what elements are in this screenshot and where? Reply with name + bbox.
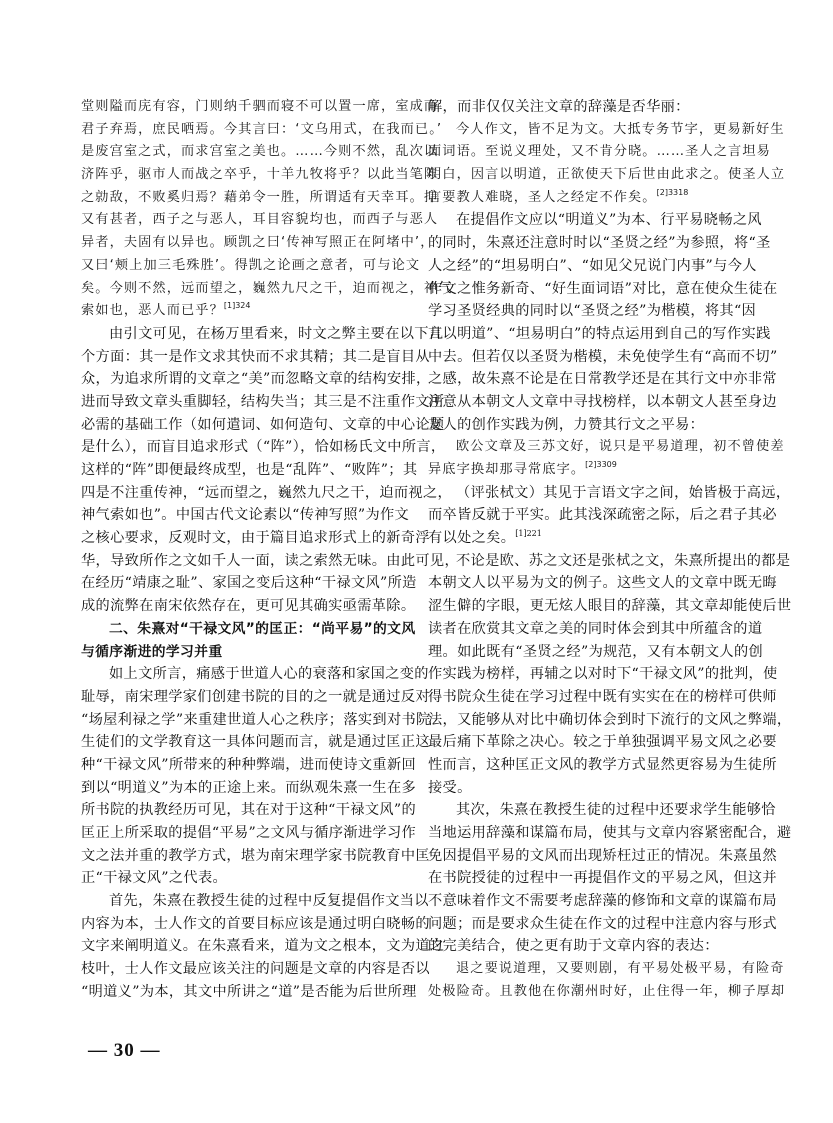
quotation-line: 矣。今则不然，远而望之，巍然九尺之干，迫而视之，神气 [81, 278, 411, 301]
line-text: “场屋利禄之学”来重建世道人心之秩序；落实到对书院 [81, 712, 431, 728]
text-line: 是什么），而盲目追求形式（“阵”），恰如杨氏文中所言， [81, 436, 411, 459]
line-text: 当地运用辞藻和谋篇布局，使其与文章内容紧密配合，避 [428, 825, 791, 841]
line-text: 神气索如也”。中国古代文论素以“传神写照”为作文 [81, 507, 409, 523]
line-text: 涩生僻的字眼，更无炫人眼目的辞藻，其文章却能使后世 [428, 598, 791, 614]
text-line: 性而言，这种匡正文风的教学方式显然更容易为生徒所 [428, 754, 758, 777]
text-line: 在经历“靖康之耻”、家国之变后这种“干禄文风”所造 [81, 572, 411, 595]
line-text: 作文之惟务新奇、“好生面词语”对比，意在使众生徒在 [428, 281, 778, 297]
quotation-line: 欧公文章及三苏文好，说只是平易道理，初不曾使差 [428, 436, 758, 459]
quotation-line: 济阵乎，驱市人而战之卒乎，十羊九牧将乎？以此当笔陈 [81, 164, 411, 187]
line-text: 欧公文章及三苏文好，说只是平易道理，初不曾使差 [456, 439, 785, 454]
line-text: 必需的基础工作（如何遣词、如何造句、文章的中心论题 [81, 417, 444, 433]
citation-marker: [1]324 [224, 301, 251, 310]
line-text: 问题；而是要求众生徒在作文的过程中注意内容与形式 [428, 916, 777, 932]
line-text: 而卒皆反就于平实。此其浅深疏密之际，后之君子其必 [428, 507, 777, 523]
line-text: 言要教人难晓，圣人之经定不作矣。 [428, 190, 657, 205]
line-text: 中去。但若仅以圣贤为楷模，未免使学生有“高而不切” [428, 349, 778, 365]
citation-marker: [2]3309 [585, 460, 617, 469]
citation-marker: [2]3318 [657, 188, 689, 197]
line-text: 矣。今则不然，远而望之，巍然九尺之干，迫而视之，神气 [81, 281, 452, 296]
text-line: 这样的“阵”即便最终成型，也是“乱阵”、“败阵”；其 [81, 459, 411, 482]
line-text: 匡正上所采取的提倡“平易”之文风与循序渐进学习作 [81, 825, 416, 841]
line-text: 解，而非仅仅关注文章的辞藻是否华丽： [428, 99, 690, 115]
text-line: 必需的基础工作（如何遣词、如何造句、文章的中心论题 [81, 414, 411, 437]
line-text: 明白，因言以明道，正欲使天下后世由此求之。使圣人立 [428, 167, 785, 182]
line-text: 其次，朱熹在教授生徒的过程中还要求学生能够恰 [456, 802, 776, 818]
line-text: 华，导致所作之文如千人一面，读之索然无味。由此可见， [81, 553, 459, 569]
text-line: 耻辱，南宋理学家们创建书院的目的之一就是通过反对 [81, 686, 411, 709]
line-text: 生徒们的文学教育这一具体问题而言，就是通过匡正这 [81, 734, 430, 750]
text-line: 文之法并重的教学方式，堪为南宋理学家书院教育中匡 [81, 845, 411, 868]
quotation-line: 索如也，恶人而已乎？[1]324 [81, 300, 411, 323]
text-line: 在提倡作文应以“明道义”为本、行平易晓畅之风 [428, 209, 758, 232]
line-text: 得书院众生徒在学习过程中既有实实在在的榜样可供师 [428, 689, 777, 705]
quotation-line: 君子弃焉，庶民哂焉。今其言曰：‘文乌用式，在我而已。’ [81, 119, 411, 142]
section-heading-line: 二、朱熹对“干禄文风”的匡正：“尚平易”的文风 [81, 618, 411, 641]
text-line: 首先，朱熹在教授生徒的过程中反复提倡作文当以 [81, 890, 411, 913]
line-text: 免因提倡平易的文风而出现矫枉过正的情况。朱熹虽然 [428, 848, 777, 864]
text-line: 有以处之矣。[1]221 [428, 527, 758, 550]
line-text: 学习圣贤经典的同时以“圣贤之经”为楷模，将其“因 [428, 303, 756, 319]
line-text: 异者，夫固有以异也。顾凯之曰‘传神写照正在阿堵中’， [81, 235, 434, 250]
text-line: 不论是欧、苏之文还是张栻之文，朱熹所提出的都是 [428, 550, 758, 573]
line-text: 种“干禄文风”所带来的种种弊端，进而使诗文重新回 [81, 757, 416, 773]
quotation-line: 堂则隘而庑有容，门则纳千驷而寝不可以置一席，室成而 [81, 96, 411, 119]
text-line: 到以“明道义”为本的正途上来。而纵观朱熹一生在多 [81, 777, 411, 800]
quotation-line: 又有甚者，西子之与恶人，耳目容貌均也，而西子与恶人 [81, 209, 411, 232]
text-line: 得书院众生徒在学习过程中既有实实在在的榜样可供师 [428, 686, 758, 709]
line-text: 之勍敌，不败奚归焉？藉弟令一胜，所谓适有天幸耳。抑 [81, 190, 438, 205]
line-text: 的完美结合，使之更有助于文章内容的表达： [428, 938, 719, 954]
text-line: 友人的创作实践为例，力赞其行文之平易： [428, 414, 758, 437]
line-text: 退之要说道理，又要则剧，有平易处极平易，有险奇 [456, 961, 785, 976]
text-line: 成的流弊在南宋依然存在，更可见其确实亟需革除。 [81, 595, 411, 618]
line-text: 内容为本，士人作文的首要目标应该是通过明白晓畅的 [81, 916, 430, 932]
text-line: 法，又能够从对比中确切体会到时下流行的文风之弊端， [428, 709, 758, 732]
line-text: 注意从本朝文人文章中寻找榜样，以本朝文人甚至身边 [428, 394, 777, 410]
quotation-line: 异者，夫固有以异也。顾凯之曰‘传神写照正在阿堵中’， [81, 232, 411, 255]
line-text: 这样的“阵”即便最终成型，也是“乱阵”、“败阵”；其 [81, 462, 417, 478]
line-text: 在提倡作文应以“明道义”为本、行平易晓畅之风 [456, 212, 762, 228]
text-line: 注意从本朝文人文章中寻找榜样，以本朝文人甚至身边 [428, 391, 758, 414]
line-text: 异底字换却那寻常底字。 [428, 462, 585, 477]
line-text: 在书院授徒的过程中一再提倡作文的平易之风，但这并 [428, 870, 777, 886]
text-line: 而卒皆反就于平实。此其浅深疏密之际，后之君子其必 [428, 504, 758, 527]
text-line: 问题；而是要求众生徒在作文的过程中注意内容与形式 [428, 913, 758, 936]
text-line: 免因提倡平易的文风而出现矫枉过正的情况。朱熹虽然 [428, 845, 758, 868]
quotation-line: 异底字换却那寻常底字。[2]3309 [428, 459, 758, 482]
text-line: 作文之惟务新奇、“好生面词语”对比，意在使众生徒在 [428, 278, 758, 301]
text-line: 之感，故朱熹不论是在日常教学还是在其行文中亦非常 [428, 368, 758, 391]
text-line: 所书院的执教经历可见，其在对于这种“干禄文风”的 [81, 799, 411, 822]
line-text: 所书院的执教经历可见，其在对于这种“干禄文风”的 [81, 802, 416, 818]
line-text: 索如也，恶人而已乎？ [81, 303, 224, 318]
line-text: 言以明道”、“坦易明白”的特点运用到自己的写作实践 [428, 326, 771, 342]
text-line: 的同时，朱熹还注意时时以“圣贤之经”为参照，将“圣 [428, 232, 758, 255]
text-line: 接受。 [428, 777, 758, 800]
page-number: — 30 — [88, 1040, 161, 1062]
text-line: 读者在欣赏其文章之美的同时体会到其中所蕴含的道 [428, 618, 758, 641]
line-text: 四是不注重传神，“远而望之，巍然九尺之干，迫而视之， [81, 485, 452, 501]
text-line: 其次，朱熹在教授生徒的过程中还要求学生能够恰 [428, 799, 758, 822]
line-text: 如上文所言，痛感于世道人心的衰落和家国之变的 [109, 666, 429, 682]
line-text: 今人作文，皆不足为文。大抵专务节字，更易新好生 [456, 122, 785, 137]
line-text: 是废宫室之式，而求宫室之美也。……今则不然，乱次以 [81, 144, 438, 159]
text-line: 涩生僻的字眼，更无炫人眼目的辞藻，其文章却能使后世 [428, 595, 758, 618]
text-line: 个方面：其一是作文求其快而不求其精；其二是盲目从 [81, 346, 411, 369]
text-line: 种“干禄文风”所带来的种种弊端，进而使诗文重新回 [81, 754, 411, 777]
text-line: 学习圣贤经典的同时以“圣贤之经”为楷模，将其“因 [428, 300, 758, 323]
quotation-line: 面词语。至说义理处，又不肯分晓。……圣人之言坦易 [428, 141, 758, 164]
line-text: 是什么），而盲目追求形式（“阵”），恰如杨氏文中所言， [81, 439, 445, 455]
line-text: 不意味着作文不需要考虑辞藻的修饰和文章的谋篇布局 [428, 893, 777, 909]
line-text: 进而导致文章头重脚轻，结构失当；其三是不注重作文所 [81, 394, 444, 410]
line-text: （评张栻文）其见于言语文字之间，始皆极于高远， [456, 485, 790, 501]
line-text: 文之法并重的教学方式，堪为南宋理学家书院教育中匡 [81, 848, 430, 864]
right-column: 解，而非仅仅关注文章的辞藻是否华丽：今人作文，皆不足为文。大抵专务节字，更易新好… [428, 96, 758, 1004]
text-line: 在书院授徒的过程中一再提倡作文的平易之风，但这并 [428, 867, 758, 890]
line-text: 首先，朱熹在教授生徒的过程中反复提倡作文当以 [109, 893, 429, 909]
text-line: 文字来阐明道义。在朱熹看来，道为文之根本，文为道之 [81, 935, 411, 958]
line-text: 本朝文人以平易为文的例子。这些文人的文章中既无晦 [428, 575, 777, 591]
quotation-line: 退之要说道理，又要则剧，有平易处极平易，有险奇 [428, 958, 758, 981]
text-line: 当地运用辞藻和谋篇布局，使其与文章内容紧密配合，避 [428, 822, 758, 845]
line-text: 性而言，这种匡正文风的教学方式显然更容易为生徒所 [428, 757, 777, 773]
text-line: 中去。但若仅以圣贤为楷模，未免使学生有“高而不切” [428, 346, 758, 369]
line-text: 的同时，朱熹还注意时时以“圣贤之经”为参照，将“圣 [428, 235, 771, 251]
line-text: 耻辱，南宋理学家们创建书院的目的之一就是通过反对 [81, 689, 430, 705]
text-line: 本朝文人以平易为文的例子。这些文人的文章中既无晦 [428, 572, 758, 595]
quotation-line: 处极险奇。且教他在你潮州时好，止住得一年，柳子厚却 [428, 981, 758, 1004]
quotation-line: 今人作文，皆不足为文。大抵专务节字，更易新好生 [428, 119, 758, 142]
text-line: 解，而非仅仅关注文章的辞藻是否华丽： [428, 96, 758, 119]
quotation-line: 明白，因言以明道，正欲使天下后世由此求之。使圣人立 [428, 164, 758, 187]
text-line: 匡正上所采取的提倡“平易”之文风与循序渐进学习作 [81, 822, 411, 845]
line-text: 二、朱熹对“干禄文风”的匡正：“尚平易”的文风 [109, 621, 415, 637]
quotation-line: 是废宫室之式，而求宫室之美也。……今则不然，乱次以 [81, 141, 411, 164]
line-text: 作实践为榜样，再辅之以对时下“干禄文风”的批判，使 [428, 666, 778, 682]
line-text: 接受。 [428, 780, 472, 796]
text-line: 言以明道”、“坦易明白”的特点运用到自己的写作实践 [428, 323, 758, 346]
line-text: “明道义”为本，其文中所讲之“道”是否能为后世所理 [81, 984, 417, 1000]
text-line: 生徒们的文学教育这一具体问题而言，就是通过匡正这 [81, 731, 411, 754]
section-heading-line: 与循序渐进的学习并重 [81, 641, 411, 664]
line-text: 众，为追求所谓的文章之“美”而忽略文章的结构安排， [81, 371, 431, 387]
line-text: 处极险奇。且教他在你潮州时好，止住得一年，柳子厚却 [428, 984, 785, 999]
line-text: 成的流弊在南宋依然存在，更可见其确实亟需革除。 [81, 598, 415, 614]
text-line: 枝叶，士人作文最应该关注的问题是文章的内容是否以 [81, 958, 411, 981]
line-text: 人之经”的“坦易明白”、“如见父兄说门内事”与今人 [428, 258, 757, 274]
line-text: 个方面：其一是作文求其快而不求其精；其二是盲目从 [81, 349, 430, 365]
line-text: 最后痛下革除之决心。较之于单独强调平易文风之必要 [428, 734, 777, 750]
line-text: 理。如此既有“圣贤之经”为规范，又有本朝文人的创 [428, 644, 763, 660]
text-line: 如上文所言，痛感于世道人心的衰落和家国之变的 [81, 663, 411, 686]
text-line: （评张栻文）其见于言语文字之间，始皆极于高远， [428, 482, 758, 505]
quotation-line: 又曰‘颊上加三毛殊胜’。得凯之论画之意者，可与论文 [81, 255, 411, 278]
line-text: 友人的创作实践为例，力赞其行文之平易： [428, 417, 704, 433]
text-line: 内容为本，士人作文的首要目标应该是通过明白晓畅的 [81, 913, 411, 936]
citation-marker: [1]221 [515, 529, 542, 538]
line-text: 君子弃焉，庶民哂焉。今其言曰：‘文乌用式，在我而已。’ [81, 122, 442, 137]
text-line: 的完美结合，使之更有助于文章内容的表达： [428, 935, 758, 958]
line-text: 读者在欣赏其文章之美的同时体会到其中所蕴含的道 [428, 621, 762, 637]
text-line: 正“干禄文风”之代表。 [81, 867, 411, 890]
quotation-line: 之勍敌，不败奚归焉？藉弟令一胜，所谓适有天幸耳。抑 [81, 187, 411, 210]
line-text: 枝叶，士人作文最应该关注的问题是文章的内容是否以 [81, 961, 430, 977]
line-text: 之感，故朱熹不论是在日常教学还是在其行文中亦非常 [428, 371, 777, 387]
line-text: 在经历“靖康之耻”、家国之变后这种“干禄文风”所造 [81, 575, 417, 591]
line-text: 文字来阐明道义。在朱熹看来，道为文之根本，文为道之 [81, 938, 444, 954]
text-line: 众，为追求所谓的文章之“美”而忽略文章的结构安排， [81, 368, 411, 391]
line-text: 不论是欧、苏之文还是张栻之文，朱熹所提出的都是 [456, 553, 790, 569]
text-line: 进而导致文章头重脚轻，结构失当；其三是不注重作文所 [81, 391, 411, 414]
line-text: 到以“明道义”为本的正途上来。而纵观朱熹一生在多 [81, 780, 416, 796]
text-line: 华，导致所作之文如千人一面，读之索然无味。由此可见， [81, 550, 411, 573]
text-line: “明道义”为本，其文中所讲之“道”是否能为后世所理 [81, 981, 411, 1004]
line-text: 正“干禄文风”之代表。 [81, 870, 227, 886]
text-line: 神气索如也”。中国古代文论素以“传神写照”为作文 [81, 504, 411, 527]
quotation-line: 言要教人难晓，圣人之经定不作矣。[2]3318 [428, 187, 758, 210]
line-text: 有以处之矣。 [428, 530, 515, 546]
text-line: 理。如此既有“圣贤之经”为规范，又有本朝文人的创 [428, 641, 758, 664]
line-text: 法，又能够从对比中确切体会到时下流行的文风之弊端， [428, 712, 791, 728]
text-line: 不意味着作文不需要考虑辞藻的修饰和文章的谋篇布局 [428, 890, 758, 913]
line-text: 与循序渐进的学习并重 [81, 644, 222, 660]
text-line: “场屋利禄之学”来重建世道人心之秩序；落实到对书院 [81, 709, 411, 732]
line-text: 又曰‘颊上加三毛殊胜’。得凯之论画之意者，可与论文 [81, 258, 420, 273]
line-text: 又有甚者，西子之与恶人，耳目容貌均也，而西子与恶人 [81, 212, 438, 227]
line-text: 济阵乎，驱市人而战之卒乎，十羊九牧将乎？以此当笔陈 [81, 167, 438, 182]
line-text: 由引文可见，在杨万里看来，时文之弊主要在以下几 [109, 326, 443, 342]
left-column: 堂则隘而庑有容，门则纳千驷而寝不可以置一席，室成而君子弃焉，庶民哂焉。今其言曰：… [81, 96, 411, 1004]
line-text: 面词语。至说义理处，又不肯分晓。……圣人之言坦易 [428, 144, 771, 159]
text-line: 作实践为榜样，再辅之以对时下“干禄文风”的批判，使 [428, 663, 758, 686]
line-text: 之核心要求，反观时文，由于篇目追求形式上的新奇浮 [81, 530, 430, 546]
text-line: 人之经”的“坦易明白”、“如见父兄说门内事”与今人 [428, 255, 758, 278]
text-line: 最后痛下革除之决心。较之于单独强调平易文风之必要 [428, 731, 758, 754]
text-line: 之核心要求，反观时文，由于篇目追求形式上的新奇浮 [81, 527, 411, 550]
text-line: 由引文可见，在杨万里看来，时文之弊主要在以下几 [81, 323, 411, 346]
line-text: 堂则隘而庑有容，门则纳千驷而寝不可以置一席，室成而 [81, 99, 438, 114]
text-line: 四是不注重传神，“远而望之，巍然九尺之干，迫而视之， [81, 482, 411, 505]
